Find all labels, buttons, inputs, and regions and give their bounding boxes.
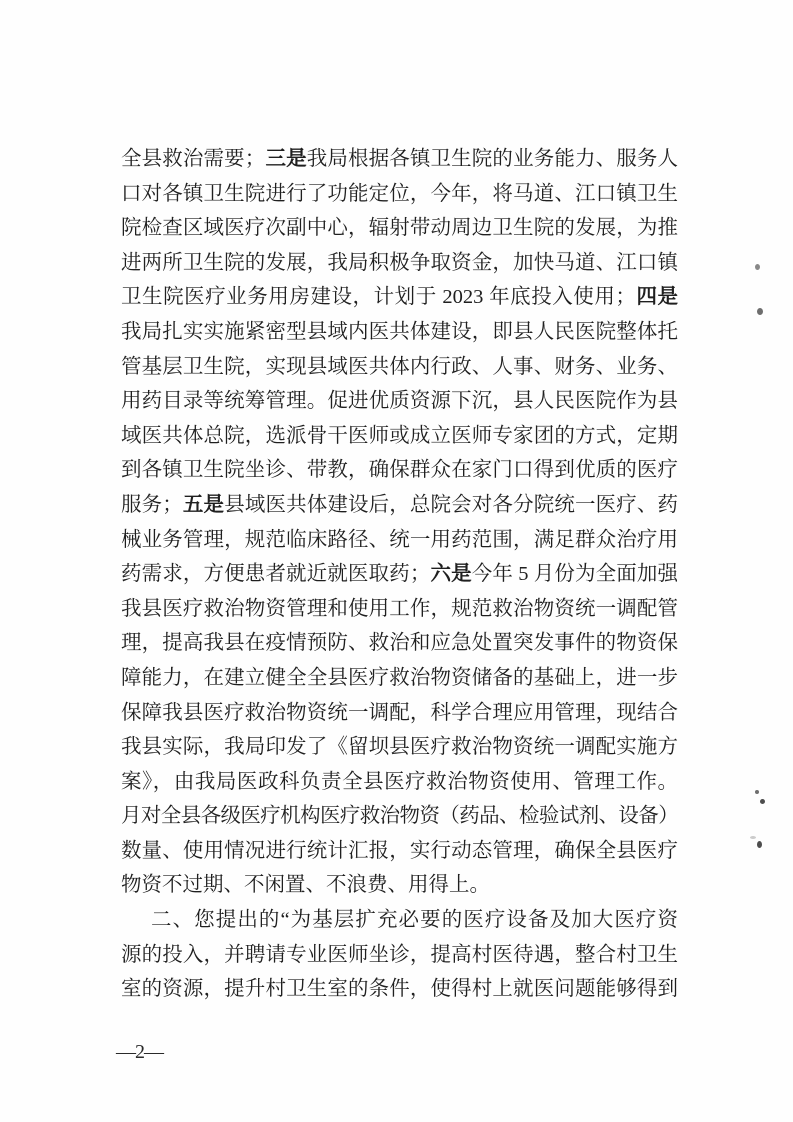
- scan-speck-1: [755, 264, 760, 270]
- text-line: 进两所卫生院的发展，我局积极争取资金，加快马道、江口镇: [121, 246, 678, 281]
- text-line: 全县救治需要；三是我局根据各镇卫生院的业务能力、服务人: [121, 142, 678, 177]
- text-line: 理，提高我县在疫情预防、救治和应急处置突发事件的物资保: [121, 626, 678, 661]
- line-segment: 服务；: [121, 494, 183, 516]
- text-line: 院检查区域医疗次副中心，辐射带动周边卫生院的发展，为推: [121, 211, 678, 246]
- page-number: —2—: [116, 1038, 163, 1066]
- text-line: 到各镇卫生院坐诊、带教，确保群众在家门口得到优质的医疗: [121, 453, 678, 488]
- text-line: 室的资源，提升村卫生室的条件，使得村上就医问题能够得到: [121, 972, 678, 1007]
- text-line: 我局扎实实施紧密型县域内医共体建设，即县人民医院整体托: [121, 315, 678, 350]
- text-line: 口对各镇卫生院进行了功能定位，今年，将马道、江口镇卫生: [121, 177, 678, 212]
- scan-speck-6: [750, 836, 756, 839]
- text-line: 药需求，方便患者就近就医取药；六是今年 5 月份为全面加强: [121, 557, 678, 592]
- line-segment: 全县救治需要；: [121, 148, 265, 170]
- text-line: 管基层卫生院，实现县域医共体内行政、人事、财务、业务、: [121, 350, 678, 385]
- text-line: 我县实际，我局印发了《留坝县医疗救治物资统一调配实施方: [121, 730, 678, 765]
- line-segment: 县域医共体建设后，总院会对各分院统一医疗、药: [224, 494, 678, 516]
- text-line: 服务；五是县域医共体建设后，总院会对各分院统一医疗、药: [121, 488, 678, 523]
- line-segment: 药需求，方便患者就近就医取药；: [121, 563, 430, 585]
- scan-speck-2: [757, 308, 763, 315]
- text-line: 用药目录等统筹管理。促进优质资源下沉，县人民医院作为县: [121, 384, 678, 419]
- scan-speck-4: [760, 799, 765, 804]
- text-line: 卫生院医疗业务用房建设，计划于 2023 年底投入使用；四是: [121, 280, 678, 315]
- line-segment: 卫生院医疗业务用房建设，计划于 2023 年底投入使用；: [121, 286, 636, 308]
- text-line: 数量、使用情况进行统计汇报，实行动态管理，确保全县医疗: [121, 834, 678, 869]
- text-line: 保障我县医疗救治物资统一调配，科学合理应用管理，现结合: [121, 696, 678, 731]
- text-line: 障能力，在建立健全全县医疗救治物资储备的基础上，进一步: [121, 661, 678, 696]
- scan-speck-3: [755, 790, 759, 794]
- bold-ordinal: 四是: [636, 286, 678, 308]
- scan-speck-5: [757, 841, 762, 848]
- bold-ordinal: 六是: [430, 563, 471, 585]
- text-line: 案》，由我局医政科负责全县医疗救治物资使用、管理工作。每: [121, 765, 678, 800]
- body-text: 全县救治需要；三是我局根据各镇卫生院的业务能力、服务人 口对各镇卫生院进行了功能…: [121, 142, 678, 1007]
- text-line: 月对全县各级医疗机构医疗救治物资（药品、检验试剂、设备）: [121, 799, 678, 834]
- text-line: 械业务管理，规范临床路径、统一用药范围，满足群众治疗用: [121, 523, 678, 558]
- paragraph-2: 二、您提出的“为基层扩充必要的医疗设备及加大医疗资 源的投入，并聘请专业医师坐诊…: [121, 903, 678, 1007]
- bold-ordinal: 三是: [265, 148, 306, 170]
- text-line: 域医共体总院，选派骨干医师或成立医师专家团的方式，定期: [121, 419, 678, 454]
- bold-ordinal: 五是: [183, 494, 224, 516]
- text-line: 源的投入，并聘请专业医师坐诊，提高村医待遇，整合村卫生: [121, 938, 678, 973]
- text-line: 物资不过期、不闲置、不浪费、用得上。: [121, 868, 678, 903]
- paragraph-1: 全县救治需要；三是我局根据各镇卫生院的业务能力、服务人 口对各镇卫生院进行了功能…: [121, 142, 678, 903]
- text-line: 我县医疗救治物资管理和使用工作，规范救治物资统一调配管: [121, 592, 678, 627]
- text-line: 二、您提出的“为基层扩充必要的医疗设备及加大医疗资: [121, 903, 678, 938]
- line-segment: 我局根据各镇卫生院的业务能力、服务人: [307, 148, 678, 170]
- line-segment: 今年 5 月份为全面加强: [472, 563, 678, 585]
- document-page: 全县救治需要；三是我局根据各镇卫生院的业务能力、服务人 口对各镇卫生院进行了功能…: [0, 0, 793, 1122]
